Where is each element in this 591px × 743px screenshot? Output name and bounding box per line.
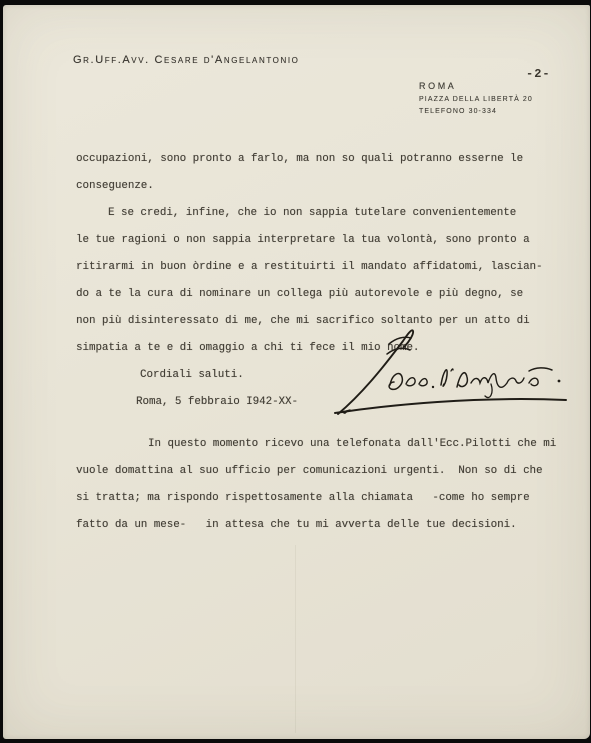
letter-line: le tue ragioni o non sappia interpretare… (76, 227, 546, 254)
scan-background: Gr.Uff.Avv. Cesare d'Angelantonio -2- RO… (0, 0, 591, 743)
letter-line: do a te la cura di nominare un collega p… (76, 281, 546, 308)
letter-line: ritirarmi in buon òrdine e a restituirti… (76, 254, 546, 281)
letter-page: Gr.Uff.Avv. Cesare d'Angelantonio -2- RO… (3, 5, 590, 739)
letterhead-phone: TELEFONO 30-334 (419, 108, 533, 115)
letter-line: In questo momento ricevo una telefonata … (76, 431, 546, 458)
letterhead-street: PIAZZA DELLA LIBERTÀ 20 (419, 96, 533, 103)
letter-line: fatto da un mese- in attesa che tu mi av… (76, 512, 546, 539)
letterhead-address-block: ROMA PIAZZA DELLA LIBERTÀ 20 TELEFONO 30… (419, 81, 533, 120)
letter-line: E se credi, infine, che io non sappia tu… (76, 200, 546, 227)
letter-line: vuole domattina al suo ufficio per comun… (76, 458, 546, 485)
letter-line: occupazioni, sono pronto a farlo, ma non… (76, 146, 546, 173)
signature-ink-icon (333, 321, 569, 419)
letterhead-name: Gr.Uff.Avv. Cesare d'Angelantonio (73, 54, 300, 66)
letterhead-city: ROMA (419, 81, 533, 91)
page-number: -2- (526, 67, 551, 81)
signature-handwriting (333, 321, 569, 419)
letter-line: conseguenze. (76, 173, 546, 200)
paper-fold-line (295, 545, 296, 733)
letter-line: si tratta; ma rispondo rispettosamente a… (76, 485, 546, 512)
